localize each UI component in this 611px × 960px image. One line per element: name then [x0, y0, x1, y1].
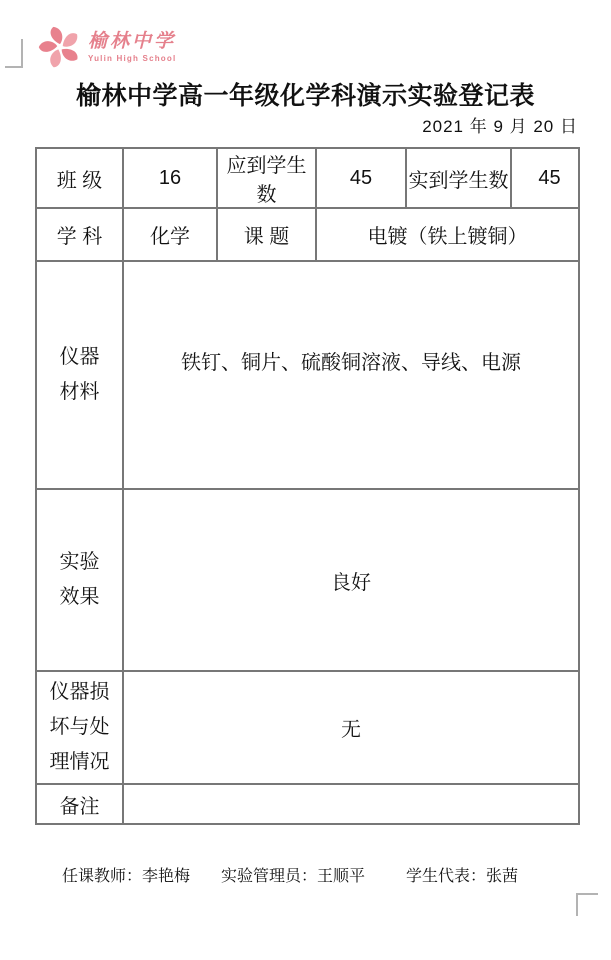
expected-students-value: 45 — [316, 148, 406, 208]
crop-mark-bottom-right — [576, 893, 578, 916]
subject-label: 学 科 — [36, 208, 123, 261]
class-label: 班 级 — [36, 148, 123, 208]
table-row-class: 班 级 16 应到学生数 45 实到学生数 45 — [36, 148, 579, 208]
actual-students-label: 实到学生数 — [406, 148, 511, 208]
topic-label: 课 题 — [217, 208, 316, 261]
crop-mark-top-left — [5, 66, 23, 68]
crop-mark-bottom-right — [576, 893, 598, 895]
lab-manager-signature: 实验管理员：王顺平 — [221, 863, 365, 886]
effect-label-line: 实验 — [37, 545, 122, 580]
table-row-damage: 仪器损 坏与处 理情况 无 — [36, 671, 579, 784]
page-title: 榆林中学高一年级化学科演示实验登记表 — [0, 76, 611, 112]
document-page: { "logo": { "icon": "pinwheel-flower-ico… — [0, 0, 611, 960]
remarks-label: 备注 — [36, 784, 123, 824]
damage-value: 无 — [123, 671, 579, 784]
equipment-label-line: 材料 — [37, 375, 122, 410]
pinwheel-flower-icon — [37, 24, 83, 70]
expected-students-label: 应到学生数 — [217, 148, 316, 208]
table-row-subject: 学 科 化学 课 题 电镀（铁上镀铜） — [36, 208, 579, 261]
equipment-label-line: 仪器 — [37, 340, 122, 375]
effect-label: 实验 效果 — [36, 489, 123, 671]
class-value: 16 — [123, 148, 217, 208]
equipment-label: 仪器 材料 — [36, 261, 123, 489]
registration-table: 班 级 16 应到学生数 45 实到学生数 45 学 科 化学 课 题 电镀（铁… — [35, 147, 580, 825]
topic-value: 电镀（铁上镀铜） — [316, 208, 579, 261]
teacher-signature: 任课教师：李艳梅 — [62, 863, 190, 886]
subject-value: 化学 — [123, 208, 217, 261]
effect-label-line: 效果 — [37, 580, 122, 615]
table-row-effect: 实验 效果 良好 — [36, 489, 579, 671]
damage-label-line: 仪器损 — [37, 675, 122, 710]
signature-line: 任课教师：李艳梅 实验管理员：王顺平 学生代表：张茜 — [62, 863, 518, 886]
table-row-remarks: 备注 — [36, 784, 579, 824]
table-row-equipment: 仪器 材料 铁钉、铜片、硫酸铜溶液、导线、电源 — [36, 261, 579, 489]
school-name-en: Yulin High School — [88, 55, 176, 63]
actual-students-value: 45 — [511, 148, 579, 208]
effect-value: 良好 — [123, 489, 579, 671]
school-name-zh: 榆林中学 — [88, 32, 176, 51]
school-logo: 榆林中学 Yulin High School — [37, 24, 176, 70]
damage-label-line: 坏与处 — [37, 710, 122, 745]
crop-mark-top-left — [21, 39, 23, 68]
damage-label-line: 理情况 — [37, 745, 122, 780]
damage-label: 仪器损 坏与处 理情况 — [36, 671, 123, 784]
document-date: 2021 年 9 月 20 日 — [422, 112, 578, 137]
school-logo-text: 榆林中学 Yulin High School — [88, 32, 176, 63]
equipment-value: 铁钉、铜片、硫酸铜溶液、导线、电源 — [123, 261, 579, 489]
remarks-value — [123, 784, 579, 824]
student-representative-signature: 学生代表：张茜 — [406, 863, 518, 886]
